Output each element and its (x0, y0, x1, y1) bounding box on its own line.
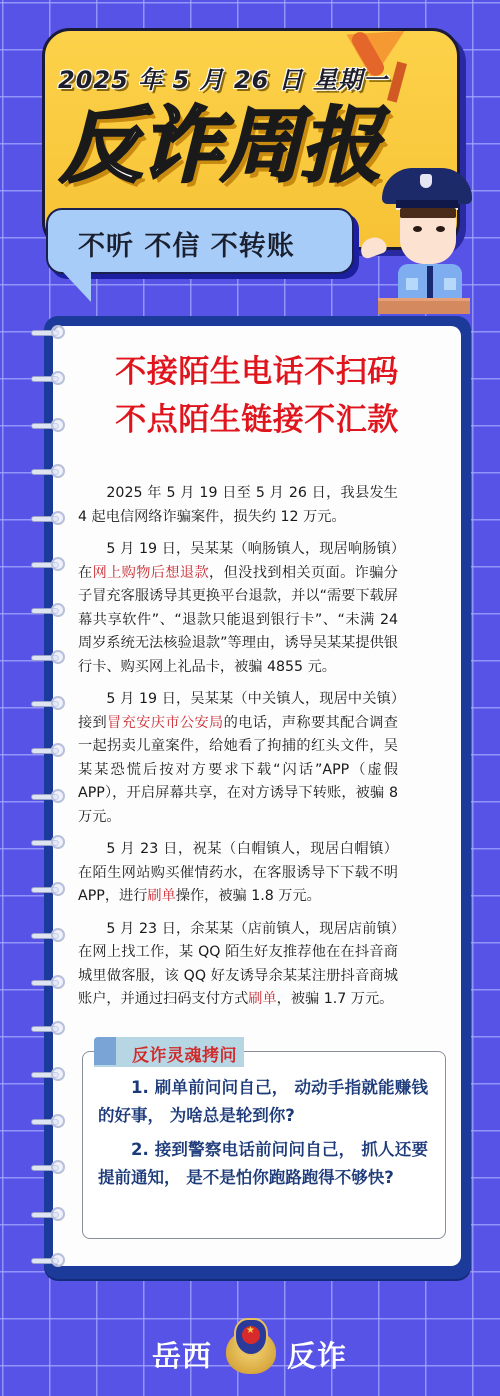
report-body: 2025 年 5 月 19 日至 5 月 26 日，我县发生 4 起电信网络诈骗… (78, 482, 398, 1021)
binding-ring-icon (31, 1162, 67, 1174)
binding-ring-icon (31, 977, 67, 989)
police-emblem-icon: ★ (226, 1318, 276, 1374)
binding-ring-icon (31, 1209, 67, 1221)
footer-brand-label: 反诈 (287, 1334, 347, 1375)
podium (378, 298, 470, 314)
binding-ring-icon (31, 652, 67, 664)
header-banner: 2025 年 5 月 26 日 星期一 反诈周报 不听 不信 不转账 (0, 0, 500, 320)
slogan-text: 不听 不信 不转账 (78, 224, 295, 263)
speech-bubble-tail (63, 272, 105, 302)
binding-ring-icon (31, 466, 67, 478)
binding-ring-icon (31, 884, 67, 896)
police-officer-illustration (378, 160, 488, 310)
binding-ring-icon (31, 745, 67, 757)
title-part-anti-fraud: 反诈 (60, 99, 220, 194)
binding-ring-icon (31, 1069, 67, 1081)
case-highlight: 网上购物后想退款 (93, 565, 209, 581)
binding-ring-icon (31, 1255, 67, 1267)
page-title: 反诈周报 (60, 106, 380, 188)
title-part-weekly: 周报 (220, 99, 380, 194)
footer: 岳西 ★ 反诈 (0, 1300, 500, 1396)
footer-region-label: 岳西 (152, 1334, 212, 1375)
binding-ring-icon (31, 605, 67, 617)
binding-ring-icon (31, 327, 67, 339)
binding-ring-icon (31, 837, 67, 849)
report-date: 2025 年 5 月 26 日 星期一 (58, 60, 378, 95)
case-paragraph: 5 月 23 日，余某某（店前镇人，现居店前镇）在网上找工作，某 QQ 陌生好友… (78, 918, 398, 1012)
quiz-item: 2. 接到警察电话前问问自己， 抓人还要提前通知， 是不是怕你跑路跑得不够快? (98, 1136, 428, 1191)
binding-ring-icon (31, 930, 67, 942)
binding-ring-icon (31, 1023, 67, 1035)
case-paragraph: 5 月 19 日，吴某某（中关镇人，现居中关镇）接到冒充安庆市公安局的电话，声称… (78, 688, 398, 829)
case-paragraph: 5 月 23 日，祝某（白帽镇人，现居白帽镇）在陌生网站购买催情药水，在客服诱导… (78, 838, 398, 909)
quiz-title: 反诈灵魂拷问 (132, 1041, 237, 1066)
quiz-list: 1. 刷单前问问自己， 动动手指就能赚钱的好事， 为啥总是轮到你? 2. 接到警… (98, 1074, 428, 1198)
summary-paragraph: 2025 年 5 月 19 日至 5 月 26 日，我县发生 4 起电信网络诈骗… (78, 482, 398, 529)
quiz-item: 1. 刷单前问问自己， 动动手指就能赚钱的好事， 为啥总是轮到你? (98, 1074, 428, 1129)
headline-line-1: 不接陌生电话不扫码 (53, 348, 461, 396)
cap-badge-icon (420, 174, 432, 188)
headline-line-2: 不点陌生链接不汇款 (53, 396, 461, 444)
case-paragraph: 5 月 19 日，吴某某（响肠镇人，现居响肠镇）在网上购物后想退款，但没找到相关… (78, 538, 398, 679)
case-highlight: 刷单 (147, 888, 175, 904)
binding-ring-icon (31, 698, 67, 710)
binding-ring-icon (31, 559, 67, 571)
case-highlight: 冒充安庆市公安局 (107, 715, 223, 731)
headline: 不接陌生电话不扫码 不点陌生链接不汇款 (53, 348, 461, 444)
case-highlight: 刷单 (248, 991, 276, 1007)
binding-ring-icon (31, 513, 67, 525)
binding-ring-icon (31, 1116, 67, 1128)
binding-ring-icon (31, 791, 67, 803)
